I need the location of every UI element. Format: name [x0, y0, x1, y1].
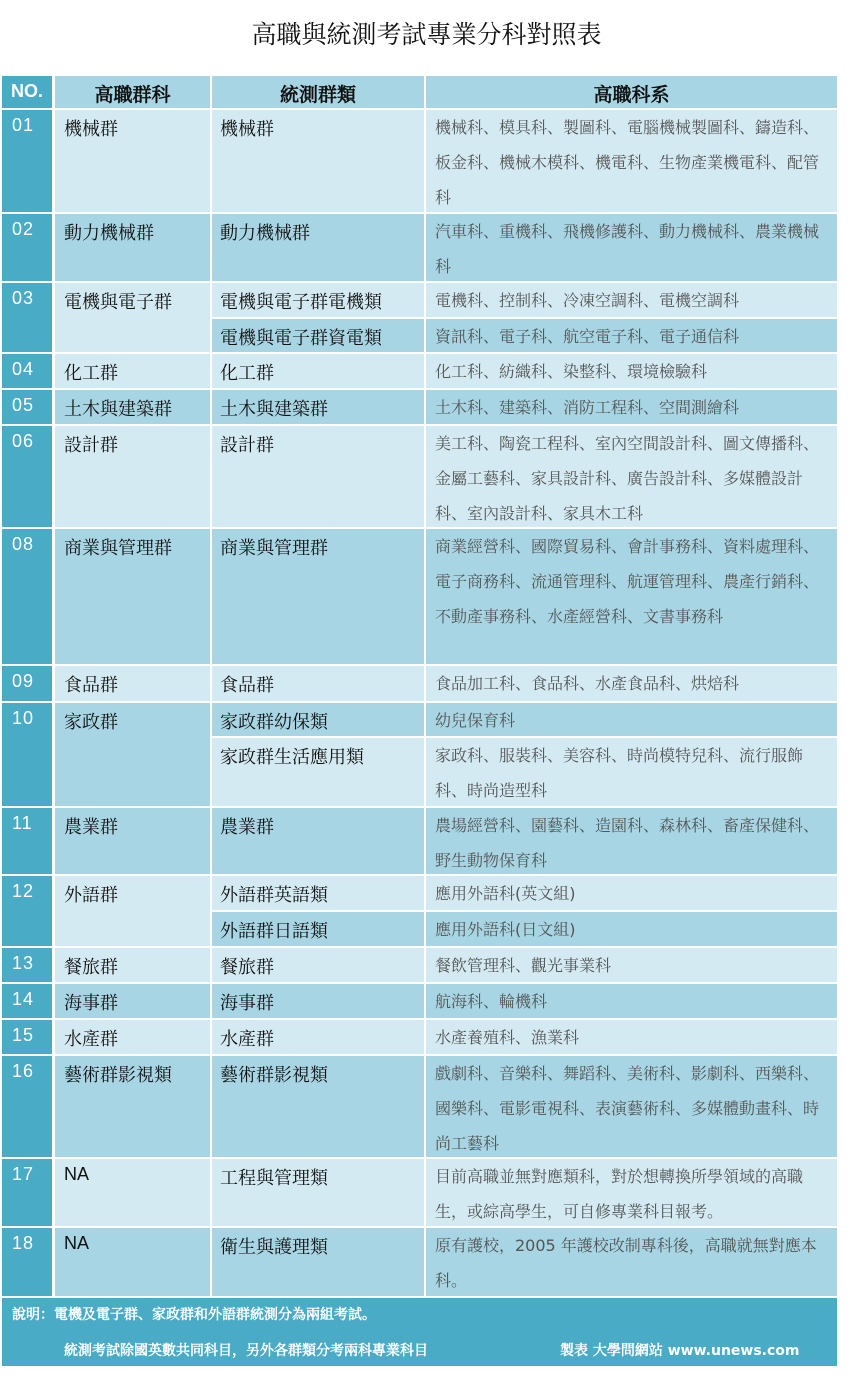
table-row: 05 土木與建築群 土木與建築群 土木科、建築科、消防工程科、空間測繪科 [2, 390, 837, 424]
departments: 美工科、陶瓷工程科、室內空間設計科、圖文傳播科、金屬工藝科、家具設計科、廣告設計… [426, 426, 837, 527]
departments: 農場經營科、園藝科、造園科、森林科、畜產保健科、野生動物保育科 [426, 808, 837, 874]
row-number: 04 [2, 354, 52, 388]
departments: 目前高職並無對應類科，對於想轉換所學領域的高職生，或綜高學生，可自修專業科目報考… [426, 1159, 837, 1226]
table-row: 06 設計群 設計群 美工科、陶瓷工程科、室內空間設計科、圖文傳播科、金屬工藝科… [2, 426, 837, 527]
exam-group: 外語群日語類 [212, 912, 424, 946]
vocational-group: 商業與管理群 [55, 529, 210, 664]
vocational-group: 土木與建築群 [55, 390, 210, 424]
header-departments: 高職科系 [426, 76, 837, 108]
vocational-group: NA [55, 1228, 210, 1296]
departments-text: 餐飲管理科、觀光事業科 [435, 948, 831, 982]
exam-group: 設計群 [212, 426, 424, 527]
table-row: 13 餐旅群 餐旅群 餐飲管理科、觀光事業科 [2, 948, 837, 982]
departments: 資訊科、電子科、航空電子科、電子通信科 [426, 319, 837, 352]
row-number: 18 [2, 1228, 52, 1296]
exam-group: 土木與建築群 [212, 390, 424, 424]
table-row: 12 外語群 外語群英語類 應用外語科(英文組) 外語群日語類 應用外語科(日文… [2, 876, 837, 946]
row-number: 06 [2, 426, 52, 527]
exam-group: 動力機械群 [212, 214, 424, 281]
row-number: 05 [2, 390, 52, 424]
exam-group: 家政群生活應用類 [212, 738, 424, 806]
row-number: 03 [2, 283, 52, 352]
vocational-group: 動力機械群 [55, 214, 210, 281]
exam-group: 家政群幼保類 [212, 703, 424, 736]
exam-group: 海事群 [212, 984, 424, 1018]
departments-text: 幼兒保育科 [435, 703, 831, 736]
departments-text: 水產養殖科、漁業科 [435, 1020, 831, 1054]
row-number: 08 [2, 529, 52, 664]
row-number: 14 [2, 984, 52, 1018]
exam-group: 化工群 [212, 354, 424, 388]
vocational-group: 食品群 [55, 666, 210, 701]
vocational-group: NA [55, 1159, 210, 1226]
exam-group: 食品群 [212, 666, 424, 701]
vocational-group: 設計群 [55, 426, 210, 527]
table-row: 08 商業與管理群 商業與管理群 商業經營科、國際貿易科、會計事務科、資料處理科… [2, 529, 837, 664]
exam-group: 電機與電子群電機類 [212, 283, 424, 317]
departments: 家政科、服裝科、美容科、時尚模特兒科、流行服飾科、時尚造型科 [426, 738, 837, 806]
exam-group: 機械群 [212, 110, 424, 212]
footer-note: 說明：電機及電子群、家政群和外語群統測分為兩組考試。 統測考試除國英數共同科目，… [2, 1298, 837, 1366]
departments-text: 應用外語科(日文組) [435, 912, 831, 946]
departments: 幼兒保育科 [426, 703, 837, 736]
vocational-group: 化工群 [55, 354, 210, 388]
vocational-group: 機械群 [55, 110, 210, 212]
departments: 戲劇科、音樂科、舞蹈科、美術科、影劇科、西樂科、國樂科、電影電視科、表演藝術科、… [426, 1056, 837, 1157]
departments-text: 應用外語科(英文組) [435, 876, 831, 910]
table-row: 03 電機與電子群 電機與電子群電機類 電機科、控制科、冷凍空調科、電機空調科 … [2, 283, 837, 352]
row-number: 01 [2, 110, 52, 212]
vocational-group: 家政群 [55, 703, 210, 806]
departments: 水產養殖科、漁業科 [426, 1020, 837, 1054]
header-no: NO. [2, 76, 52, 108]
table-row: 11 農業群 農業群 農場經營科、園藝科、造園科、森林科、畜產保健科、野生動物保… [2, 808, 837, 874]
vocational-group: 水產群 [55, 1020, 210, 1054]
exam-group: 藝術群影視類 [212, 1056, 424, 1157]
row-number: 11 [2, 808, 52, 874]
exam-group: 電機與電子群資電類 [212, 319, 424, 352]
table-row: 04 化工群 化工群 化工科、紡織科、染整科、環境檢驗科 [2, 354, 837, 388]
vocational-group: 農業群 [55, 808, 210, 874]
row-number: 16 [2, 1056, 52, 1157]
table-row: 01 機械群 機械群 機械科、模具科、製圖科、電腦機械製圖科、鑄造科、板金科、機… [2, 110, 837, 212]
departments-text: 汽車科、重機科、飛機修護科、動力機械科、農業機械科 [435, 214, 831, 281]
table-row: 14 海事群 海事群 航海科、輪機科 [2, 984, 837, 1018]
footer-credit: 製表 大學問網站 www.unews.com [560, 1340, 800, 1360]
vocational-group: 藝術群影視類 [55, 1056, 210, 1157]
departments: 化工科、紡織科、染整科、環境檢驗科 [426, 354, 837, 388]
exam-group: 餐旅群 [212, 948, 424, 982]
departments: 應用外語科(日文組) [426, 912, 837, 946]
departments: 原有護校，2005 年護校改制專科後，高職就無對應本科。 [426, 1228, 837, 1296]
vocational-group: 海事群 [55, 984, 210, 1018]
exam-group: 商業與管理群 [212, 529, 424, 664]
row-number: 02 [2, 214, 52, 281]
departments-text: 機械科、模具科、製圖科、電腦機械製圖科、鑄造科、板金科、機械木模科、機電科、生物… [435, 110, 831, 212]
departments: 應用外語科(英文組) [426, 876, 837, 910]
row-number: 12 [2, 876, 52, 946]
row-number: 10 [2, 703, 52, 806]
row-number: 15 [2, 1020, 52, 1054]
departments-text: 美工科、陶瓷工程科、室內空間設計科、圖文傳播科、金屬工藝科、家具設計科、廣告設計… [435, 426, 831, 527]
table-row: 10 家政群 家政群幼保類 幼兒保育科 家政群生活應用類 家政科、服裝科、美容科… [2, 703, 837, 806]
table-row: 09 食品群 食品群 食品加工科、食品科、水產食品科、烘焙科 [2, 666, 837, 701]
exam-group: 農業群 [212, 808, 424, 874]
vocational-group: 餐旅群 [55, 948, 210, 982]
exam-group: 水產群 [212, 1020, 424, 1054]
departments-text: 農場經營科、園藝科、造園科、森林科、畜產保健科、野生動物保育科 [435, 808, 831, 874]
departments-text: 電機科、控制科、冷凍空調科、電機空調科 [435, 283, 831, 317]
departments-text: 戲劇科、音樂科、舞蹈科、美術科、影劇科、西樂科、國樂科、電影電視科、表演藝術科、… [435, 1056, 831, 1157]
page-title: 高職與統測考試專業分科對照表 [0, 18, 853, 52]
departments: 土木科、建築科、消防工程科、空間測繪科 [426, 390, 837, 424]
table-row: 18 NA 衛生與護理類 原有護校，2005 年護校改制專科後，高職就無對應本科… [2, 1228, 837, 1296]
departments-text: 家政科、服裝科、美容科、時尚模特兒科、流行服飾科、時尚造型科 [435, 738, 831, 806]
departments-text: 食品加工科、食品科、水產食品科、烘焙科 [435, 666, 831, 701]
table-row: 17 NA 工程與管理類 目前高職並無對應類科，對於想轉換所學領域的高職生，或綜… [2, 1159, 837, 1226]
header-exam-group: 統測群類 [212, 76, 424, 108]
table-row: 15 水產群 水產群 水產養殖科、漁業科 [2, 1020, 837, 1054]
table-header: NO. 高職群科 統測群類 高職科系 [2, 76, 837, 108]
exam-group: 衛生與護理類 [212, 1228, 424, 1296]
exam-group: 工程與管理類 [212, 1159, 424, 1226]
table-row: 16 藝術群影視類 藝術群影視類 戲劇科、音樂科、舞蹈科、美術科、影劇科、西樂科… [2, 1056, 837, 1157]
departments-text: 商業經營科、國際貿易科、會計事務科、資料處理科、電子商務科、流通管理科、航運管理… [435, 529, 831, 634]
footer-note-line2: 統測考試除國英數共同科目，另外各群類分考兩科專業科目 [64, 1340, 428, 1360]
departments-text: 土木科、建築科、消防工程科、空間測繪科 [435, 390, 831, 424]
departments-text: 化工科、紡織科、染整科、環境檢驗科 [435, 354, 831, 388]
departments-text: 資訊科、電子科、航空電子科、電子通信科 [435, 319, 831, 352]
departments: 商業經營科、國際貿易科、會計事務科、資料處理科、電子商務科、流通管理科、航運管理… [426, 529, 837, 664]
departments: 汽車科、重機科、飛機修護科、動力機械科、農業機械科 [426, 214, 837, 281]
departments-text: 原有護校，2005 年護校改制專科後，高職就無對應本科。 [435, 1228, 831, 1296]
departments: 餐飲管理科、觀光事業科 [426, 948, 837, 982]
footer-note-line1: 說明：電機及電子群、家政群和外語群統測分為兩組考試。 [12, 1304, 376, 1324]
row-number: 09 [2, 666, 52, 701]
header-vocational-group: 高職群科 [55, 76, 210, 108]
table-row: 02 動力機械群 動力機械群 汽車科、重機科、飛機修護科、動力機械科、農業機械科 [2, 214, 837, 281]
row-number: 17 [2, 1159, 52, 1226]
departments-text: 目前高職並無對應類科，對於想轉換所學領域的高職生，或綜高學生，可自修專業科目報考… [435, 1159, 831, 1226]
departments: 食品加工科、食品科、水產食品科、烘焙科 [426, 666, 837, 701]
departments: 機械科、模具科、製圖科、電腦機械製圖科、鑄造科、板金科、機械木模科、機電科、生物… [426, 110, 837, 212]
departments: 電機科、控制科、冷凍空調科、電機空調科 [426, 283, 837, 317]
exam-group: 外語群英語類 [212, 876, 424, 910]
row-number: 13 [2, 948, 52, 982]
vocational-group: 外語群 [55, 876, 210, 946]
departments: 航海科、輪機科 [426, 984, 837, 1018]
departments-text: 航海科、輪機科 [435, 984, 831, 1018]
vocational-group: 電機與電子群 [55, 283, 210, 352]
